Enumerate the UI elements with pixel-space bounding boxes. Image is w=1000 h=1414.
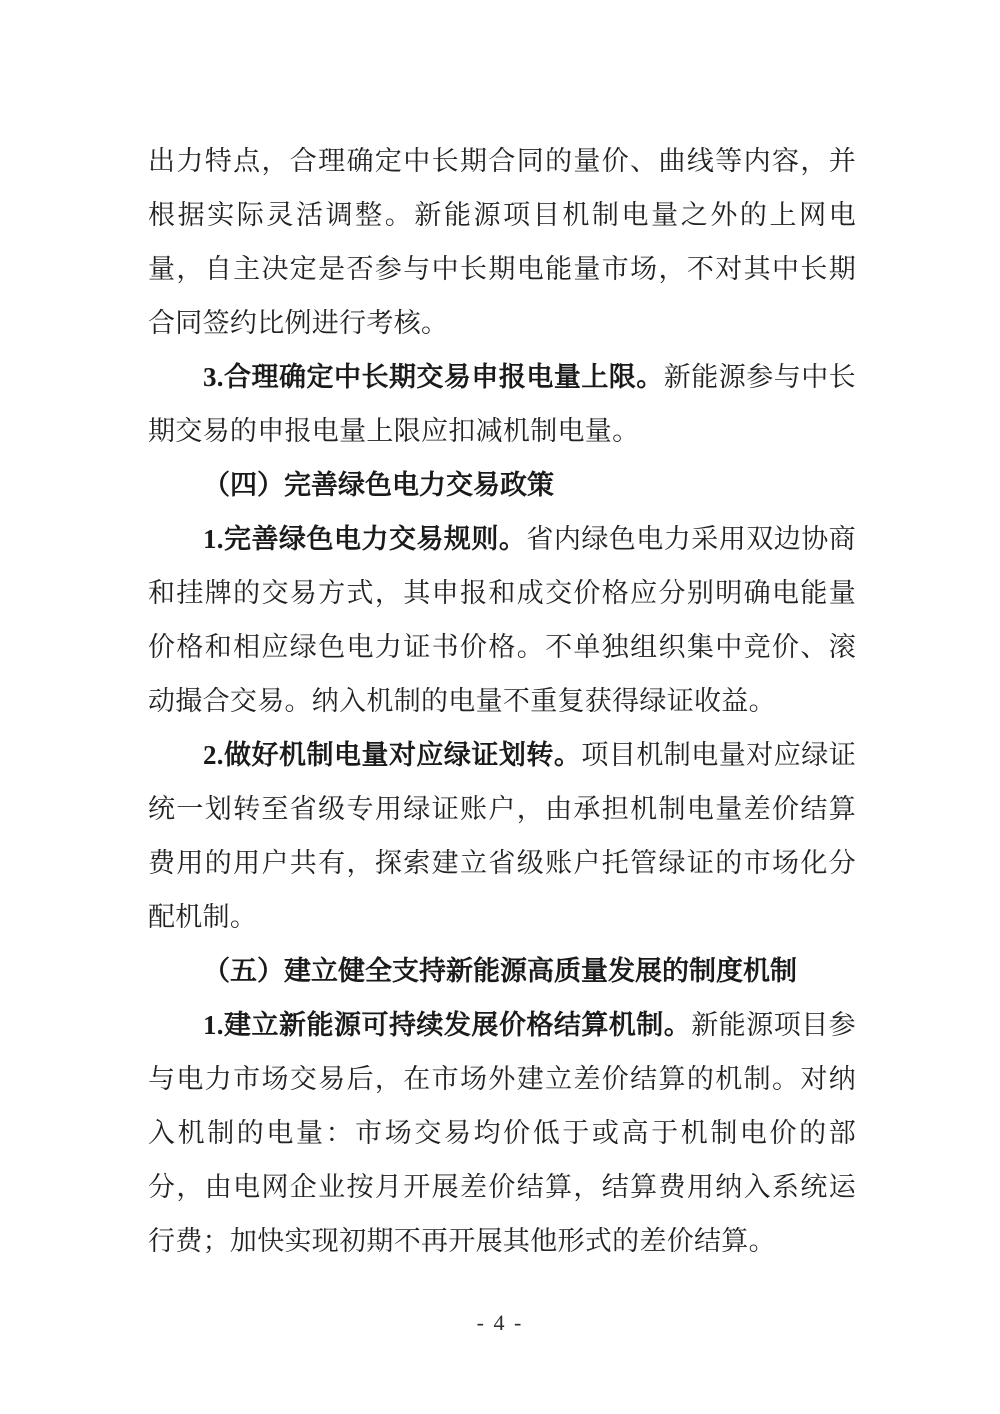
section-heading-text: （四）完善绿色电力交易政策 bbox=[203, 470, 554, 500]
section-heading-text: （五）建立健全支持新能源高质量发展的制度机制 bbox=[203, 956, 797, 986]
paragraph-continuation: 出力特点，合理确定中长期合同的量价、曲线等内容，并根据实际灵活调整。新能源项目机… bbox=[148, 134, 856, 350]
paragraph-lead: 2.做好机制电量对应绿证划转。 bbox=[203, 740, 581, 770]
paragraph-lead: 1.完善绿色电力交易规则。 bbox=[203, 524, 526, 554]
paragraph-item-1-price-settlement: 1.建立新能源可持续发展价格结算机制。新能源项目参与电力市场交易后，在市场外建立… bbox=[148, 998, 856, 1268]
document-body: 出力特点，合理确定中长期合同的量价、曲线等内容，并根据实际灵活调整。新能源项目机… bbox=[148, 134, 856, 1268]
document-page: 出力特点，合理确定中长期合同的量价、曲线等内容，并根据实际灵活调整。新能源项目机… bbox=[0, 0, 1000, 1414]
section-heading-four: （四）完善绿色电力交易政策 bbox=[148, 458, 856, 512]
paragraph-text: 新能源项目参与电力市场交易后，在市场外建立差价结算的机制。对纳入机制的电量：市场… bbox=[148, 1010, 856, 1256]
paragraph-item-2-green-cert: 2.做好机制电量对应绿证划转。项目机制电量对应绿证统一划转至省级专用绿证账户，由… bbox=[148, 728, 856, 944]
page-number: - 4 - bbox=[0, 1303, 1000, 1343]
paragraph-text: 出力特点，合理确定中长期合同的量价、曲线等内容，并根据实际灵活调整。新能源项目机… bbox=[148, 146, 856, 338]
paragraph-item-1-green-rules: 1.完善绿色电力交易规则。省内绿色电力采用双边协商和挂牌的交易方式，其申报和成交… bbox=[148, 512, 856, 728]
section-heading-five: （五）建立健全支持新能源高质量发展的制度机制 bbox=[148, 944, 856, 998]
paragraph-item-3: 3.合理确定中长期交易申报电量上限。新能源参与中长期交易的申报电量上限应扣减机制… bbox=[148, 350, 856, 458]
paragraph-lead: 1.建立新能源可持续发展价格结算机制。 bbox=[203, 1010, 691, 1040]
paragraph-lead: 3.合理确定中长期交易申报电量上限。 bbox=[203, 362, 664, 392]
